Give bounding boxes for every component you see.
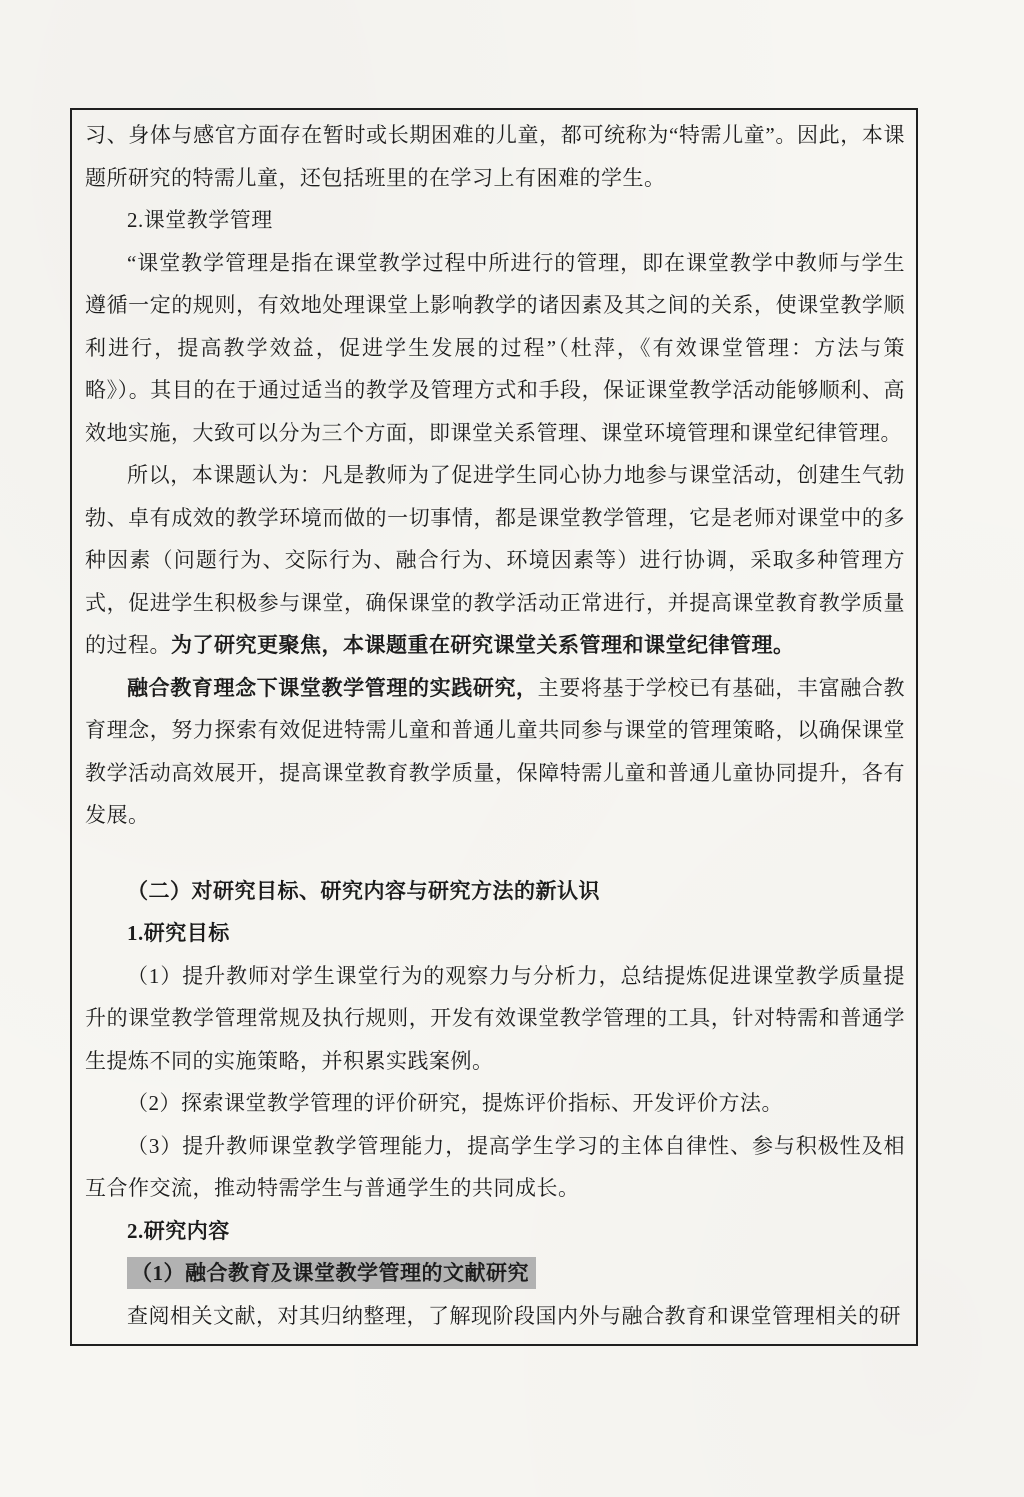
body-text: “课堂教学管理是指在课堂教学过程中所进行的管理，即在课堂教学中教师与学生遵循一定… [85, 251, 905, 445]
paragraph: （1）融合教育及课堂教学管理的文献研究 [85, 1252, 905, 1295]
body-text: 2.课堂教学管理 [127, 208, 273, 232]
paragraph: “课堂教学管理是指在课堂教学过程中所进行的管理，即在课堂教学中教师与学生遵循一定… [85, 242, 905, 455]
body-text: （1）提升教师对学生课堂行为的观察力与分析力，总结提炼促进课堂教学质量提升的课堂… [85, 964, 905, 1073]
bold-text: 1.研究目标 [127, 921, 230, 945]
bold-text: 为了研究更聚焦，本课题重在研究课堂关系管理和课堂纪律管理。 [171, 633, 795, 657]
paragraph: （3）提升教师课堂教学管理能力，提高学生学习的主体自律性、参与积极性及相互合作交… [85, 1125, 905, 1210]
highlighted-heading-text: （1）融合教育及课堂教学管理的文献研究 [127, 1257, 536, 1289]
paragraph: 1.研究目标 [85, 912, 905, 955]
body-text: （2）探索课堂教学管理的评价研究，提炼评价指标、开发评价方法。 [127, 1091, 783, 1115]
body-text: 所以，本课题认为：凡是教师为了促进学生同心协力地参与课堂活动，创建生气勃勃、卓有… [85, 463, 905, 657]
paragraph: 习、身体与感官方面存在暂时或长期困难的儿童，都可统称为“特需儿童”。因此，本课题… [85, 114, 905, 199]
bold-text: 融合教育理念下课堂教学管理的实践研究， [127, 676, 538, 700]
paragraph: 所以，本课题认为：凡是教师为了促进学生同心协力地参与课堂活动，创建生气勃勃、卓有… [85, 454, 905, 667]
body-text: （3）提升教师课堂教学管理能力，提高学生学习的主体自律性、参与积极性及相互合作交… [85, 1134, 905, 1201]
document-body: 习、身体与感官方面存在暂时或长期困难的儿童，都可统称为“特需儿童”。因此，本课题… [85, 114, 905, 1337]
paragraph: 2.课堂教学管理 [85, 199, 905, 242]
content-frame: 习、身体与感官方面存在暂时或长期困难的儿童，都可统称为“特需儿童”。因此，本课题… [70, 108, 918, 1346]
paragraph: （2）探索课堂教学管理的评价研究，提炼评价指标、开发评价方法。 [85, 1082, 905, 1125]
paragraph: 融合教育理念下课堂教学管理的实践研究，主要将基于学校已有基础，丰富融合教育理念，… [85, 667, 905, 837]
paragraph: 2.研究内容 [85, 1210, 905, 1253]
bold-text: 2.研究内容 [127, 1219, 230, 1243]
body-text: 习、身体与感官方面存在暂时或长期困难的儿童，都可统称为“特需儿童”。因此，本课题… [85, 123, 905, 190]
paragraph: （二）对研究目标、研究内容与研究方法的新认识 [85, 870, 905, 913]
body-text: 查阅相关文献，对其归纳整理，了解现阶段国内外与融合教育和课堂管理相关的研 [127, 1304, 901, 1328]
paragraph: （1）提升教师对学生课堂行为的观察力与分析力，总结提炼促进课堂教学质量提升的课堂… [85, 955, 905, 1083]
bold-text: （二）对研究目标、研究内容与研究方法的新认识 [127, 879, 600, 903]
paragraph: 查阅相关文献，对其归纳整理，了解现阶段国内外与融合教育和课堂管理相关的研 [85, 1295, 905, 1338]
